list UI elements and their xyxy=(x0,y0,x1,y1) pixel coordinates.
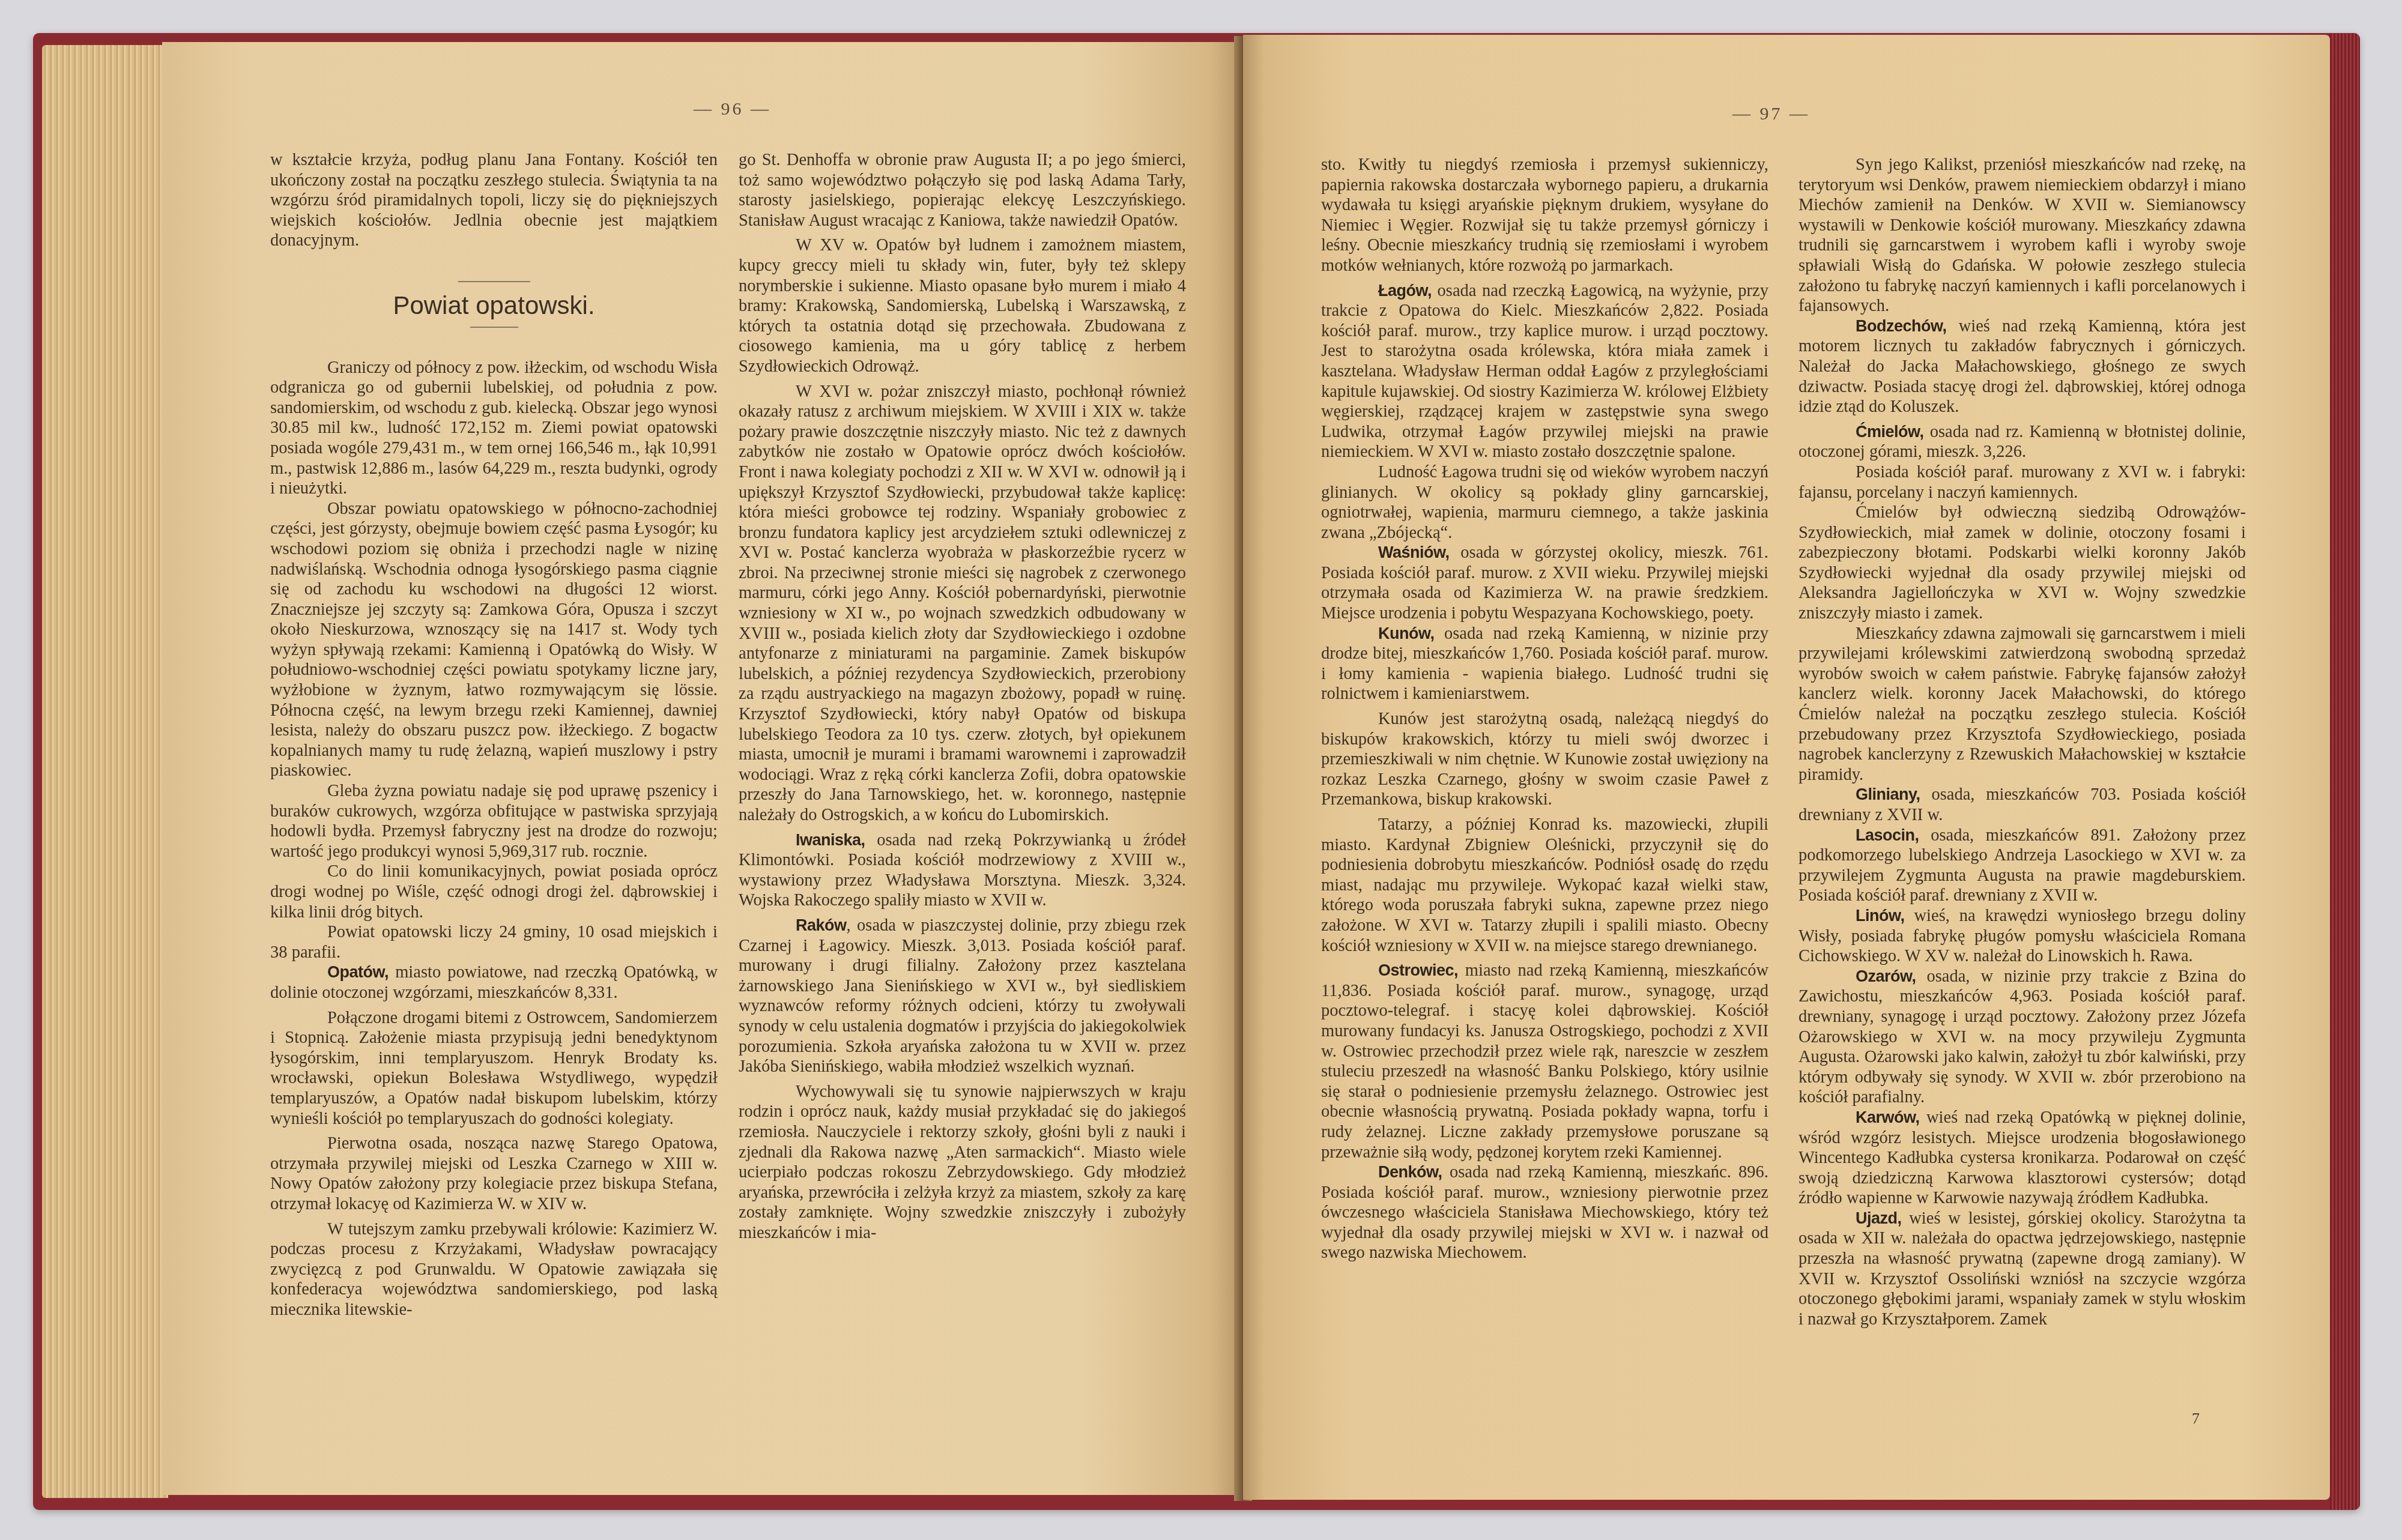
entry-name: Bodzechów, xyxy=(1856,317,1947,335)
entry-linow: Linów, wieś, na krawędzi wyniosłego brze… xyxy=(1798,906,2246,967)
entry-gliniany: Gliniany, osada, mieszkańców 703. Posiad… xyxy=(1798,785,2246,825)
entry-name: Lasocin, xyxy=(1856,826,1919,844)
paragraph: go St. Denhoffa w obronie praw Augusta I… xyxy=(739,150,1186,231)
entry-iwaniska: Iwaniska, osada nad rzeką Pokrzywianką u… xyxy=(739,830,1186,911)
paragraph: Mieszkańcy zdawna zajmowali się garncars… xyxy=(1798,624,2246,785)
entry-cmielow: Ćmielów, osada nad rz. Kamienną w błotni… xyxy=(1798,422,2246,462)
entry-ujazd: Ujazd, wieś w lesistej, górskiej okolicy… xyxy=(1798,1209,2246,1330)
entry-ozarow: Ozarów, osada, w nizinie przy trakcie z … xyxy=(1798,967,2246,1108)
page-number: — 97 — xyxy=(1732,104,1810,124)
paragraph: Posiada kościół paraf. murowany z XVI w.… xyxy=(1798,462,2246,503)
entry-name: Waśniów, xyxy=(1378,543,1450,561)
paragraph: W XVI w. pożar zniszczył miasto, pochłon… xyxy=(739,382,1186,826)
signature-mark: 7 xyxy=(2192,1410,2200,1428)
paragraph: Tatarzy, a później Konrad ks. mazowiecki… xyxy=(1321,815,1768,956)
entry-kunow: Kunów, osada nad rzeką Kamienną, w nizin… xyxy=(1321,624,1768,704)
cover-edge xyxy=(2330,33,2360,1510)
entry-denkow: Denków, osada nad rzeką Kamienną, mieszk… xyxy=(1321,1162,1768,1263)
entry-opatow: Opatów, miasto powiatowe, nad rzeczką Op… xyxy=(270,962,718,1003)
section-title: Powiat opatowski. xyxy=(270,295,718,316)
left-page: — 96 — w kształcie krzyża, podług planu … xyxy=(162,42,1243,1495)
page-stack xyxy=(42,45,168,1498)
paragraph: Kunów jest starożytną osadą, należącą ni… xyxy=(1321,709,1768,810)
entry-name: Gliniany, xyxy=(1856,785,1920,803)
entry-name: Karwów, xyxy=(1856,1108,1920,1126)
right-page: — 97 — sto. Kwitły tu niegdyś rzemiosła … xyxy=(1243,35,2330,1500)
entry-karwow: Karwów, wieś nad rzeką Opatówką w piękne… xyxy=(1798,1108,2246,1209)
entry-name: Denków, xyxy=(1378,1163,1442,1181)
entry-name: Kunów, xyxy=(1378,624,1434,642)
paragraph: Ludność Łagowa trudni się od wieków wyro… xyxy=(1321,462,1768,543)
entry-bodzechow: Bodzechów, wieś nad rzeką Kamienną, któr… xyxy=(1798,316,2246,417)
paragraph: Syn jego Kalikst, przeniósł mieszkańców … xyxy=(1798,155,2246,316)
entry-rakow: Raków, osada w piaszczystej dolinie, prz… xyxy=(739,916,1186,1077)
right-page-column-1: sto. Kwitły tu niegdyś rzemiosła i przem… xyxy=(1321,155,1768,1263)
entry-name: Ostrowiec, xyxy=(1378,961,1458,979)
entry-name: Ćmielów, xyxy=(1856,423,1924,441)
divider xyxy=(458,281,530,282)
paragraph: Ćmielów był odwieczną siedzibą Odrowążów… xyxy=(1798,503,2246,624)
paragraph: Powiat opatowski liczy 24 gminy, 10 osad… xyxy=(270,922,718,962)
entry-name: Ozarów, xyxy=(1856,967,1916,985)
entry-name: Łagów, xyxy=(1378,282,1432,300)
paragraph: Gleba żyzna powiatu nadaje się pod upraw… xyxy=(270,781,718,862)
paragraph: Połączone drogami bitemi z Ostrowcem, Sa… xyxy=(270,1008,718,1129)
paragraph: w kształcie krzyża, podług planu Jana Fo… xyxy=(270,150,718,251)
paragraph: W XV w. Opatów był ludnem i zamożnem mia… xyxy=(739,235,1186,376)
divider xyxy=(470,327,518,328)
paragraph: Wychowywali się tu synowie najpierwszych… xyxy=(739,1082,1186,1243)
paragraph: Co do linii komunikacyjnych, powiat posi… xyxy=(270,862,718,922)
entry-name: Opatów, xyxy=(327,963,389,981)
paragraph: Obszar powiatu opatowskiego w północno-z… xyxy=(270,499,718,781)
page-number: — 96 — xyxy=(694,99,771,119)
paragraph: Graniczy od północy z pow. iłżeckim, od … xyxy=(270,358,718,499)
paragraph: W tutejszym zamku przebywali królowie: K… xyxy=(270,1219,718,1320)
entry-name: Ujazd, xyxy=(1856,1209,1902,1227)
entry-ostrowiec: Ostrowiec, miasto nad rzeką Kamienną, mi… xyxy=(1321,961,1768,1162)
entry-name: Iwaniska, xyxy=(796,831,865,849)
paragraph: Pierwotna osada, nosząca nazwę Starego O… xyxy=(270,1134,718,1214)
entry-name: Raków xyxy=(796,916,847,934)
entry-lasocin: Lasocin, osada, mieszkańców 891. Założon… xyxy=(1798,826,2246,906)
left-page-column-1: w kształcie krzyża, podług planu Jana Fo… xyxy=(270,150,718,1320)
left-page-column-2: go St. Denhoffa w obronie praw Augusta I… xyxy=(739,150,1186,1243)
entry-name: Linów, xyxy=(1856,907,1904,925)
entry-lagow: Łagów, osada nad rzeczką Łagowicą, na wy… xyxy=(1321,281,1768,462)
paragraph: sto. Kwitły tu niegdyś rzemiosła i przem… xyxy=(1321,155,1768,276)
right-page-column-2: Syn jego Kalikst, przeniósł mieszkańców … xyxy=(1798,155,2246,1329)
entry-wasniow: Waśniów, osada w górzystej okolicy, mies… xyxy=(1321,543,1768,623)
